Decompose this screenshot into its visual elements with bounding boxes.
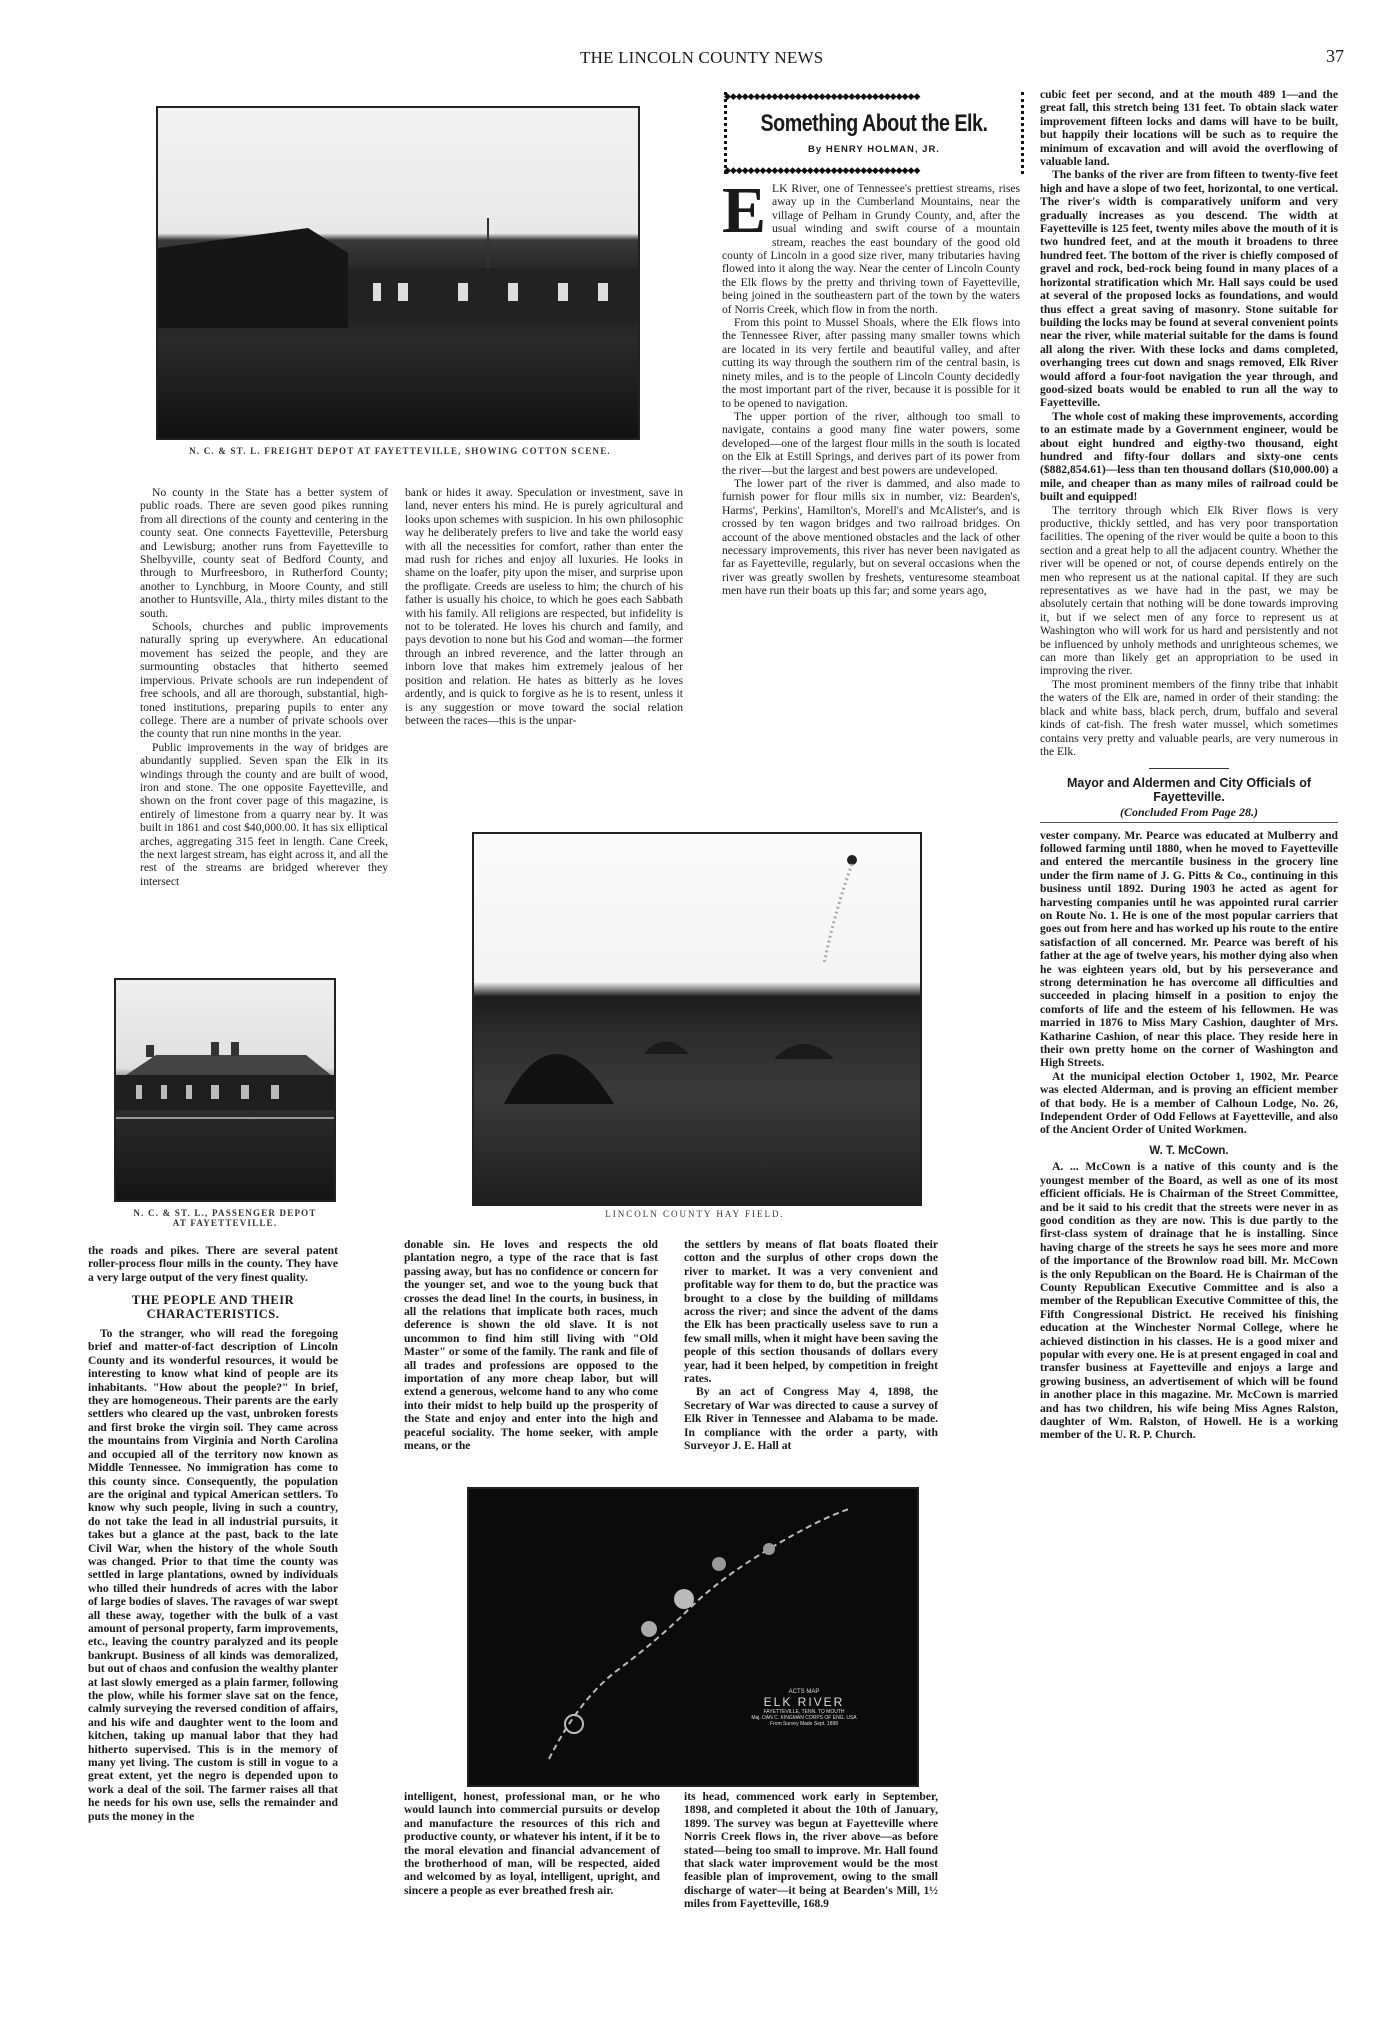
column-bottom-b: its head, commenced work early in Septem…: [684, 1790, 938, 1911]
article-title: Something About the Elk.: [751, 110, 997, 138]
paragraph: To the stranger, who will read the foreg…: [88, 1327, 338, 1823]
caption-passenger-depot: N. C. & ST. L., PASSENGER DEPOT AT FAYET…: [112, 1208, 338, 1228]
drop-cap: E: [722, 184, 766, 238]
paragraph: The lower part of the river is dammed, a…: [722, 477, 1020, 598]
caption-line: N. C. & ST. L., PASSENGER DEPOT: [112, 1208, 338, 1218]
diamond-border-icon: ◆◆◆◆◆◆◆◆◆◆◆◆◆◆◆◆◆◆◆◆◆◆◆◆◆◆◆◆◆◆◆◆◆: [724, 92, 1024, 100]
depot-building-icon: [158, 108, 638, 438]
section-heading: THE PEOPLE AND THEIR CHARACTERISTICS.: [88, 1294, 338, 1321]
paragraph: No county in the State has a better syst…: [140, 486, 388, 620]
paragraph: intelligent, honest, professional man, o…: [404, 1790, 660, 1897]
paragraph: The territory through which Elk River fl…: [1040, 504, 1338, 678]
column-left-top: No county in the State has a better syst…: [140, 486, 388, 888]
depot-house-icon: [116, 980, 334, 1200]
paragraph: The upper portion of the river, although…: [722, 410, 1020, 477]
map-label-title: ELK RIVER: [729, 1695, 879, 1709]
paragraph: the roads and pikes. There are several p…: [88, 1244, 338, 1284]
photo-hay-field: [472, 832, 922, 1206]
page-number: 37: [1326, 46, 1344, 67]
paragraph: LK River, one of Tennessee's prettiest s…: [722, 182, 1020, 316]
paragraph: The whole cost of making these improveme…: [1040, 410, 1338, 504]
column-elk-article: ELK River, one of Tennessee's prettiest …: [722, 182, 1020, 598]
mayor-article-title: Mayor and Aldermen and City Officials of…: [1040, 777, 1338, 804]
photo-freight-depot: [156, 106, 640, 440]
paragraph: Schools, churches and public improvement…: [140, 620, 388, 741]
article-byline: By HENRY HOLMAN, JR.: [724, 144, 1024, 155]
paragraph: the settlers by means of flat boats floa…: [684, 1238, 938, 1385]
paragraph: cubic feet per second, and at the mouth …: [1040, 88, 1338, 168]
paragraph: bank or hides it away. Speculation or in…: [405, 486, 683, 727]
caption-freight-depot: N. C. & ST. L. FREIGHT DEPOT AT FAYETTEV…: [150, 446, 650, 456]
paragraph: vester company. Mr. Pearce was educated …: [1040, 829, 1338, 1070]
paragraph: The banks of the river are from fifteen …: [1040, 168, 1338, 409]
paragraph: its head, commenced work early in Septem…: [684, 1790, 938, 1911]
map-elk-river: ACTS MAP ELK RIVER FAYETTEVILLE, TENN. T…: [467, 1487, 919, 1787]
publication-title: THE LINCOLN COUNTY NEWS: [580, 48, 823, 68]
continued-note: (Concluded From Page 28.): [1040, 806, 1338, 822]
paragraph: The most prominent members of the finny …: [1040, 678, 1338, 758]
haystack-icon: [474, 834, 920, 1204]
divider: [1149, 768, 1229, 769]
paragraph: By an act of Congress May 4, 1898, the S…: [684, 1385, 938, 1452]
mccown-subhead: W. T. McCown.: [1040, 1145, 1338, 1158]
column-left-bottom: the roads and pikes. There are several p…: [88, 1244, 338, 1823]
paragraph: At the municipal election October 1, 190…: [1040, 1070, 1338, 1137]
caption-line: AT FAYETTEVILLE.: [112, 1218, 338, 1228]
column-middle-top: bank or hides it away. Speculation or in…: [405, 486, 683, 727]
river-path-icon: [469, 1489, 917, 1785]
photo-passenger-depot: [114, 978, 336, 1202]
column-right-top: cubic feet per second, and at the mouth …: [1040, 88, 1338, 1442]
column-bottom-a: intelligent, honest, professional man, o…: [404, 1790, 660, 1897]
map-label-sub: From Survey Made Sept. 1898: [729, 1721, 879, 1727]
column-middle-bottom-b: the settlers by means of flat boats floa…: [684, 1238, 938, 1453]
column-middle-bottom-a: donable sin. He loves and respects the o…: [404, 1238, 658, 1453]
article-title-box: ◆◆◆◆◆◆◆◆◆◆◆◆◆◆◆◆◆◆◆◆◆◆◆◆◆◆◆◆◆◆◆◆◆ ◆◆◆◆◆◆…: [724, 92, 1024, 174]
paragraph: donable sin. He loves and respects the o…: [404, 1238, 658, 1453]
caption-hay-field: LINCOLN COUNTY HAY FIELD.: [472, 1209, 918, 1219]
paragraph: Public improvements in the way of bridge…: [140, 741, 388, 888]
paragraph: A. ... McCown is a native of this county…: [1040, 1160, 1338, 1442]
diamond-border-icon: ◆◆◆◆◆◆◆◆◆◆◆◆◆◆◆◆◆◆◆◆◆◆◆◆◆◆◆◆◆◆◆◆◆: [724, 166, 1024, 174]
paragraph: From this point to Mussel Shoals, where …: [722, 316, 1020, 410]
